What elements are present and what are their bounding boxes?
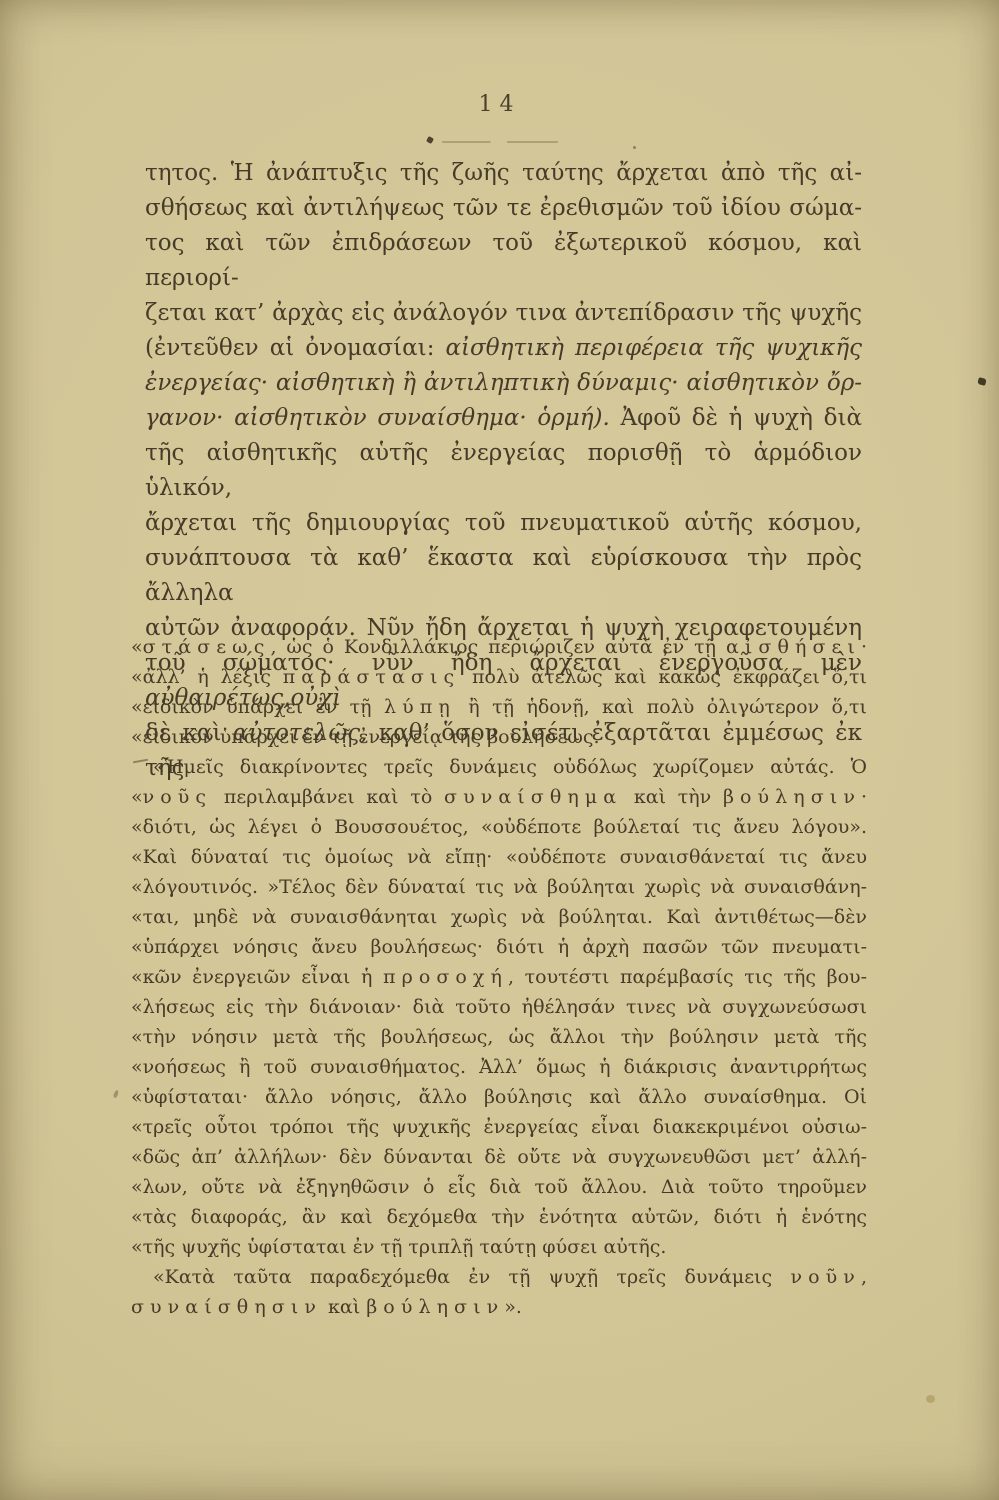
text-segment: , bbox=[861, 1266, 867, 1288]
text-segment: ». bbox=[504, 1296, 522, 1318]
text-segment: «λήσεως εἰς τὴν διάνοιαν· διὰ τοῦτο ἠθέλ… bbox=[131, 996, 867, 1018]
quote-text-line: «κῶν ἐνεργειῶν εἶναι ἡ προσοχή, τουτέστι… bbox=[131, 962, 867, 992]
text-segment: «κῶν ἐνεργειῶν εἶναι ἡ bbox=[131, 966, 383, 988]
quote-text-line: «λων, οὔτε νὰ ἐξηγηθῶσιν ὁ εἷς διὰ τοῦ ἄ… bbox=[131, 1172, 867, 1202]
text-segment: πολὺ ἀτελῶς καὶ κακῶς ἐκφράζει ὅ,τι bbox=[460, 666, 867, 688]
text-segment: «Ἡμεῖς διακρίνοντες τρεῖς δυνάμεις οὐδόλ… bbox=[153, 756, 867, 778]
quote-text-line: «ἀλλ’ ἡ λέξις παράστασις πολὺ ἀτελῶς καὶ… bbox=[131, 662, 867, 692]
text-segment: «τὰς διαφοράς, ἂν καὶ δεχόμεθα τὴν ἑνότη… bbox=[131, 1206, 867, 1228]
ink-speck bbox=[977, 377, 987, 386]
text-segment: «τὴν νόησιν μετὰ τῆς βουλήσεως, ὡς ἄλλοι… bbox=[131, 1026, 867, 1048]
text-segment: «ὑφίσταται· ἄλλο νόησις, ἄλλο βούλησις κ… bbox=[131, 1086, 867, 1108]
text-segment: τητος. Ἡ ἀνάπτυξις τῆς ζωῆς ταύτης ἄρχετ… bbox=[145, 160, 862, 186]
text-segment: αἰσθητικὴ περιφέρεια τῆς ψυχικῆς bbox=[445, 335, 862, 361]
quote-text-line: «ὑφίσταται· ἄλλο νόησις, ἄλλο βούλησις κ… bbox=[131, 1082, 867, 1112]
text-segment: νοῦς bbox=[143, 786, 213, 808]
quote-text-line: «Καὶ δύναταί τις ὁμοίως νὰ εἴπῃ· «οὐδέπο… bbox=[131, 842, 867, 872]
text-segment: γανον· αἰσθητικὸν συναίσθημα· ὁρμή). bbox=[145, 405, 610, 431]
text-segment: ἐνεργείας· αἰσθητικὴ ἢ ἀντιληπτικὴ δύναμ… bbox=[145, 370, 862, 396]
text-segment: συναίσθησιν bbox=[131, 1296, 322, 1318]
text-segment: «λων, οὔτε νὰ ἐξηγηθῶσιν ὁ εἷς διὰ τοῦ ἄ… bbox=[131, 1176, 867, 1198]
text-segment: · bbox=[861, 786, 867, 808]
quote-text-line: «τὰς διαφοράς, ἂν καὶ δεχόμεθα τὴν ἑνότη… bbox=[131, 1202, 867, 1232]
text-segment: ζεται κατ’ ἀρχὰς εἰς ἀνάλογόν τινα ἀντεπ… bbox=[145, 300, 862, 326]
quote-text-line: «στάσεως, ὡς ὁ Κονδιλλάκιος περιώριζεν α… bbox=[131, 632, 867, 662]
quote-text-line: «δῶς ἀπ’ ἀλλήλων· δὲν δύνανται δὲ οὔτε ν… bbox=[131, 1142, 867, 1172]
main-text-line: ἐνεργείας· αἰσθητικὴ ἢ ἀντιληπτικὴ δύναμ… bbox=[145, 366, 862, 401]
main-text-line: τος καὶ τῶν ἐπιδράσεων τοῦ ἐξωτερικοῦ κό… bbox=[145, 226, 862, 296]
text-segment: «τρεῖς οὗτοι τρόποι τῆς ψυχικῆς ἐνεργεία… bbox=[131, 1116, 867, 1138]
margin-mark bbox=[113, 1090, 119, 1099]
text-segment: (ἐντεῦθεν αἱ ὀνομασίαι: bbox=[145, 335, 445, 361]
page-number-text: 14 bbox=[479, 92, 521, 117]
main-text-line: (ἐντεῦθεν αἱ ὀνομασίαι: αἰσθητικὴ περιφέ… bbox=[145, 331, 862, 366]
text-segment: συνάπτουσα τὰ καθ’ ἕκαστα καὶ εὑρίσκουσα… bbox=[145, 545, 862, 606]
quote-text-line: «ὑπάρχει νόησις ἄνευ βουλήσεως· διότι ἡ … bbox=[131, 932, 867, 962]
text-segment: ἢ τῇ ἡδονῇ, καὶ πολὺ ὀλιγώτερον ὅ,τι bbox=[456, 696, 867, 718]
text-segment: βούλησιν bbox=[366, 1296, 504, 1318]
text-segment: λύπῃ bbox=[384, 696, 456, 718]
text-segment: «διότι, ὡς λέγει ὁ Βουσσουέτος, «οὐδέποτ… bbox=[131, 816, 867, 838]
main-text-line: συνάπτουσα τὰ καθ’ ἕκαστα καὶ εὑρίσκουσα… bbox=[145, 541, 862, 611]
text-segment: «τῆς ψυχῆς ὑφίσταται ἐν τῇ τριπλῇ ταύτῃ … bbox=[131, 1236, 666, 1258]
main-text-line: γανον· αἰσθητικὸν συναίσθημα· ὁρμή). Ἀφο… bbox=[145, 401, 862, 436]
text-segment: «δῶς ἀπ’ ἀλλήλων· δὲν δύνανται δὲ οὔτε ν… bbox=[131, 1146, 867, 1168]
text-segment: «ἀλλ’ ἡ λέξις bbox=[131, 666, 283, 688]
text-segment: «Κατὰ ταῦτα παραδεχόμεθα ἐν τῇ ψυχῇ τρεῖ… bbox=[153, 1266, 791, 1288]
text-segment: « bbox=[131, 786, 143, 808]
quote-text-line: «Ἡμεῖς διακρίνοντες τρεῖς δυνάμεις οὐδόλ… bbox=[131, 752, 867, 782]
page-number-rule bbox=[442, 141, 558, 143]
text-segment: «Καὶ δύναταί τις ὁμοίως νὰ εἴπῃ· «οὐδέπο… bbox=[131, 846, 867, 868]
text-segment: «νοήσεως ἢ τοῦ συναισθήματος. Ἀλλ’ ὅμως … bbox=[131, 1056, 867, 1078]
text-segment: , ὡς ὁ Κονδιλλάκιος περιώριζεν αὐτὰ ἐν τ… bbox=[270, 636, 726, 658]
quote-text-line: «νοῦς περιλαμβάνει καὶ τὸ συναίσθημα καὶ… bbox=[131, 782, 867, 812]
text-segment: «ται, μηδὲ νὰ συναισθάνηται χωρὶς νὰ βού… bbox=[131, 906, 867, 928]
text-segment: καὶ τὴν bbox=[622, 786, 723, 808]
text-segment: « bbox=[131, 636, 143, 658]
main-text-line: σθήσεως καὶ ἀντιλήψεως τῶν τε ἐρεθισμῶν … bbox=[145, 191, 862, 226]
quote-text-line: «νοήσεως ἢ τοῦ συναισθήματος. Ἀλλ’ ὅμως … bbox=[131, 1052, 867, 1082]
text-segment: νοῦν bbox=[791, 1266, 861, 1288]
main-text-line: ἄρχεται τῆς δημιουργίας τοῦ πνευματικοῦ … bbox=[145, 506, 862, 541]
paper-stain bbox=[926, 1395, 935, 1403]
main-text-line: τητος. Ἡ ἀνάπτυξις τῆς ζωῆς ταύτης ἄρχετ… bbox=[145, 156, 862, 191]
quote-text-line: «ται, μηδὲ νὰ συναισθάνηται χωρὶς νὰ βού… bbox=[131, 902, 867, 932]
text-segment: βούλησιν bbox=[723, 786, 861, 808]
text-segment: καὶ bbox=[322, 1296, 366, 1318]
text-segment: τος καὶ τῶν ἐπιδράσεων τοῦ ἐξωτερικοῦ κό… bbox=[145, 230, 862, 291]
text-segment: · bbox=[861, 636, 867, 658]
main-text-line: ζεται κατ’ ἀρχὰς εἰς ἀνάλογόν τινα ἀντεπ… bbox=[145, 296, 862, 331]
text-segment: «λόγουτινός. »Τέλος δὲν δύναταί τις νὰ β… bbox=[131, 876, 867, 898]
quote-text-line: «τρεῖς οὗτοι τρόποι τῆς ψυχικῆς ἐνεργεία… bbox=[131, 1112, 867, 1142]
quote-text-line: «διότι, ὡς λέγει ὁ Βουσσουέτος, «οὐδέποτ… bbox=[131, 812, 867, 842]
quote-text-line: «τὴν νόησιν μετὰ τῆς βουλήσεως, ὡς ἄλλοι… bbox=[131, 1022, 867, 1052]
text-segment: σθήσεως καὶ ἀντιλήψεως τῶν τε ἐρεθισμῶν … bbox=[145, 195, 862, 221]
text-segment: «εἰδικὸν ὑπάρχει ἐν τῇ ἐνεργείᾳ τῆς βουλ… bbox=[131, 726, 600, 748]
text-segment: περιλαμβάνει καὶ τὸ bbox=[212, 786, 444, 808]
text-segment: αἰσθήσει bbox=[726, 636, 861, 658]
text-segment: «ὑπάρχει νόησις ἄνευ βουλήσεως· διότι ἡ … bbox=[131, 936, 867, 958]
quote-text-line: «λόγουτινός. »Τέλος δὲν δύναταί τις νὰ β… bbox=[131, 872, 867, 902]
quote-text-line: «Κατὰ ταῦτα παραδεχόμεθα ἐν τῇ ψυχῇ τρεῖ… bbox=[131, 1262, 867, 1292]
page-number: 14 bbox=[0, 92, 999, 117]
main-text-line: τῆς αἰσθητικῆς αὑτῆς ἐνεργείας πορισθῇ τ… bbox=[145, 436, 862, 506]
quote-block: «στάσεως, ὡς ὁ Κονδιλλάκιος περιώριζεν α… bbox=[131, 632, 867, 1322]
quote-text-line: «εἰδικὸν ὑπάρχει ἐν τῇ ἐνεργείᾳ τῆς βουλ… bbox=[131, 722, 867, 752]
ink-speck bbox=[426, 136, 434, 144]
text-segment: παράστασις bbox=[283, 666, 461, 688]
text-segment: προσοχή bbox=[383, 966, 508, 988]
quote-text-line: «εἰδικὸν ὑπάρχει ἐν τῇ λύπῃ ἢ τῇ ἡδονῇ, … bbox=[131, 692, 867, 722]
text-segment: τῆς αἰσθητικῆς αὑτῆς ἐνεργείας πορισθῇ τ… bbox=[145, 440, 862, 501]
scanned-book-page: 14 τητος. Ἡ ἀνάπτυξις τῆς ζωῆς ταύτης ἄρ… bbox=[0, 0, 999, 1500]
quote-text-line: «λήσεως εἰς τὴν διάνοιαν· διὰ τοῦτο ἠθέλ… bbox=[131, 992, 867, 1022]
ink-speck bbox=[633, 146, 636, 149]
text-segment: ἄρχεται τῆς δημιουργίας τοῦ πνευματικοῦ … bbox=[145, 510, 862, 536]
text-segment: «εἰδικὸν ὑπάρχει ἐν τῇ bbox=[131, 696, 384, 718]
text-segment: συναίσθημα bbox=[444, 786, 622, 808]
quote-text-line: «τῆς ψυχῆς ὑφίσταται ἐν τῇ τριπλῇ ταύτῃ … bbox=[131, 1232, 867, 1262]
text-segment: , τουτέστι παρέμβασίς τις τῆς βου- bbox=[508, 966, 867, 988]
quote-text-line: συναίσθησιν καὶ βούλησιν». bbox=[131, 1292, 867, 1322]
text-segment: Ἀφοῦ δὲ ἡ ψυχὴ διὰ bbox=[610, 405, 862, 431]
text-segment: στάσεως bbox=[143, 636, 271, 658]
